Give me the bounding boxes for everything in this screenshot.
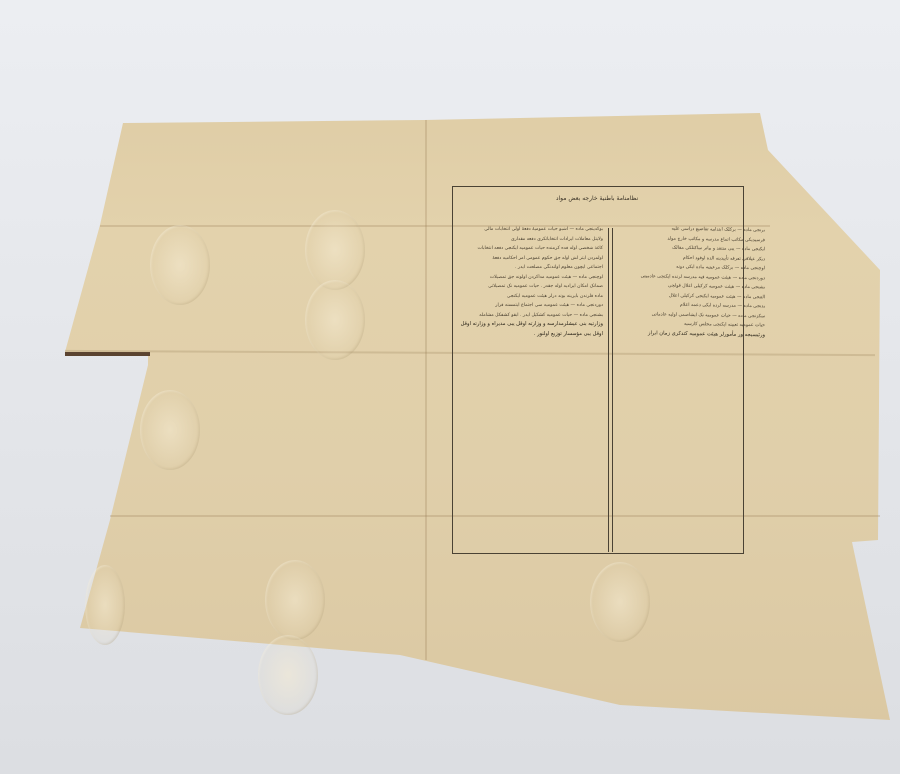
text-line: اوچنجی ماده — هیئت عمومیه مداکردن اولونه…	[458, 273, 603, 283]
text-line: اولمزدن ایتر لش اوله جق حکوم عمومی امر ا…	[458, 254, 603, 264]
embossed-tughra-icon	[140, 390, 200, 470]
embossed-tughra-icon	[265, 560, 325, 640]
text-line: وزارتیه بنی عیشلرمدارسه و وزارته اوقل یب…	[458, 320, 603, 330]
embossed-tughra-icon	[150, 225, 210, 305]
text-line: ضمانک امکان ایرادیه اوله جقدر . حیات عمو…	[458, 282, 603, 292]
text-line: اجتماعی ایچون معلوم اولندنگی مصلحت ایدر …	[458, 263, 603, 273]
embossed-tughra-icon	[305, 210, 365, 290]
left-text-column: بوکدینجی ماده — اشبو حیات عمومیهٔ دفعهٔ …	[458, 225, 603, 535]
text-line: بشنجی ماده — حیات عمومیه کشکیل ایدر . اب…	[458, 311, 603, 321]
column-divider	[608, 228, 613, 552]
embossed-tughra-icon	[85, 565, 125, 645]
text-line: دوردنجی ماده — هیئت عمومیه سی اجتماع ایت…	[458, 301, 603, 311]
text-line: بوکدینجی ماده — اشبو حیات عمومیهٔ دفعهٔ …	[458, 225, 603, 235]
text-line: ماده قلرندن بایرینه بوند درلر هیئت عمومی…	[458, 292, 603, 302]
text-line: ورئیسیجه ور مأمورلر هیئت عمومیه کتدکری ز…	[615, 328, 765, 340]
text-line: ولایتل معاملات ایرادات انتخاباتکری دفعه …	[458, 235, 603, 245]
folded-document-sheet	[0, 0, 900, 774]
embossed-tughra-icon	[590, 562, 650, 642]
paper-tear-shadow	[65, 352, 150, 356]
fold-crease-vertical	[425, 120, 427, 660]
document-header: نظامنامهٔ باطنیهٔ خارجه بعض مواد	[452, 195, 742, 202]
text-line: اوقل یبی مؤسسار توزیع اولنور .	[458, 330, 603, 340]
text-line: کاغذ شخصی اوله فده کرمنده حیات عمومیه ای…	[458, 244, 603, 254]
embossed-tughra-icon	[305, 280, 365, 360]
right-text-column: برنجی ماده — برکلک ابتداییه تفاضیع دراسی…	[615, 224, 765, 522]
photo-scene: نظامنامهٔ باطنیهٔ خارجه بعض مواد بوکدینج…	[0, 0, 900, 774]
embossed-tughra-icon	[258, 635, 318, 715]
